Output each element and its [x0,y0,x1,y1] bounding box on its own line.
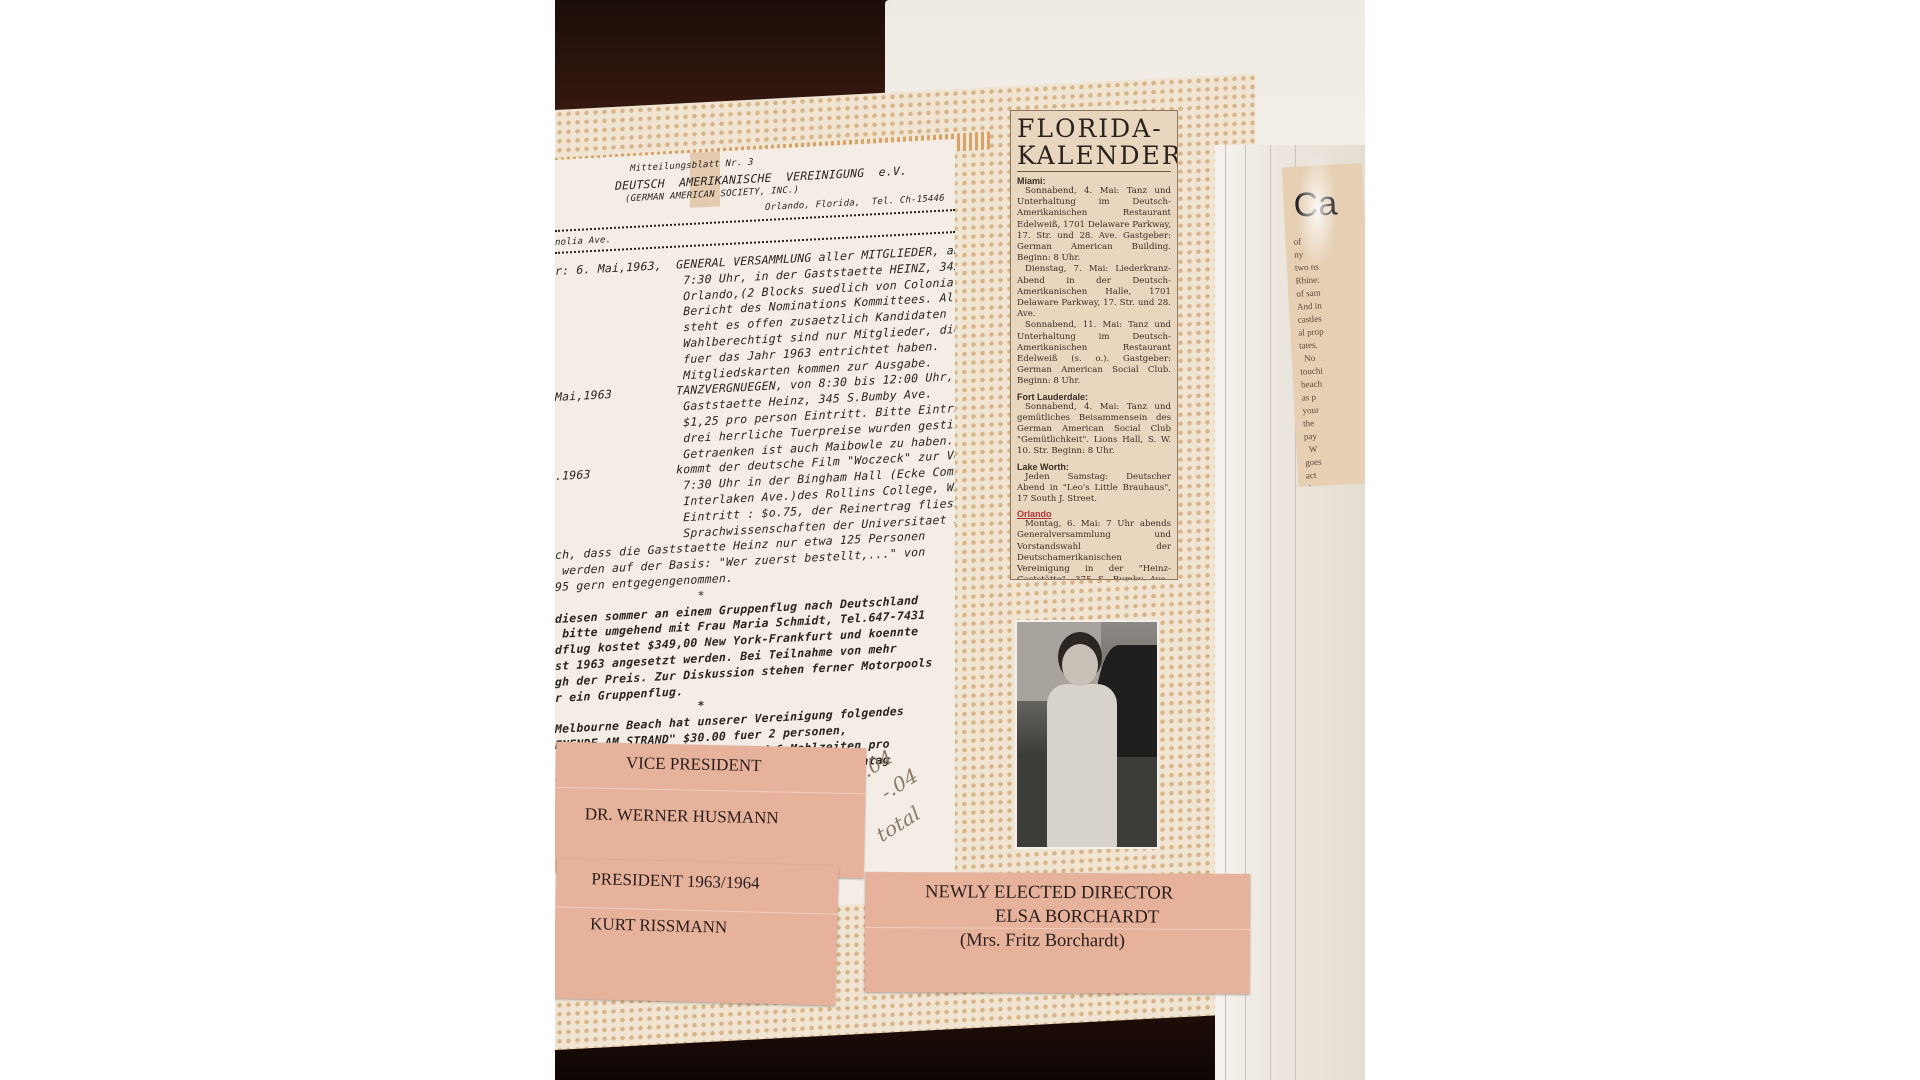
street-fragment: nolia Ave. [555,235,611,248]
president-label: PRESIDENT 1963/1964 KURT RISSMANN [555,858,839,1005]
kalender-city: Fort Lauderdale: [1017,392,1171,402]
vp-title: VICE PRESIDENT [626,753,762,776]
portrait-photo [1015,620,1159,849]
president-title: PRESIDENT 1963/1964 [591,869,760,893]
plastic-glare [1297,150,1337,270]
kalender-entry: Sonnabend, 4. Mai: Tanz und Unterhaltung… [1017,186,1171,264]
kalender-entry: Jeden Samstag: Deutscher Abend in "Leo's… [1017,472,1171,506]
kalender-entry: Dienstag, 7. Mai: Liederkranz-Abend in d… [1017,264,1171,320]
florida-kalender-clipping: FLORIDA- KALENDER Miami:Sonnabend, 4. Ma… [1010,110,1178,580]
kalender-city: Miami: [1017,176,1171,186]
director-name: ELSA BORCHARDT [995,907,1159,929]
kalender-city: Lake Worth: [1017,462,1171,472]
vice-president-label: VICE PRESIDENT DR. WERNER HUSMANN [555,742,866,878]
kalender-sections: Miami:Sonnabend, 4. Mai: Tanz und Unterh… [1017,176,1171,580]
scrapbook-photo: Ca of ny two ns Rhine: of sam And in cas… [555,0,1365,1080]
person-figure [1047,684,1117,849]
kalender-entry: Montag, 6. Mai: 7 Uhr abends Generalvers… [1017,519,1171,580]
pencil-note: total [872,801,924,846]
kalender-city: Orlando [1017,509,1171,519]
kalender-entry: Sonnabend, 4. Mai: Tanz und gemütliches … [1017,402,1171,458]
president-name: KURT RISSMANN [590,914,728,938]
kalender-entry: Sonnabend, 11. Mai: Tanz und Unterhaltun… [1017,320,1171,387]
kalender-title: FLORIDA- KALENDER [1017,115,1171,172]
director-title: NEWLY ELECTED DIRECTOR [925,882,1173,904]
director-label: NEWLY ELECTED DIRECTOR ELSA BORCHARDT (M… [865,872,1251,994]
vp-name: DR. WERNER HUSMANN [585,804,779,828]
director-note: (Mrs. Fritz Borchardt) [960,930,1125,952]
dashed-rule [555,209,955,234]
